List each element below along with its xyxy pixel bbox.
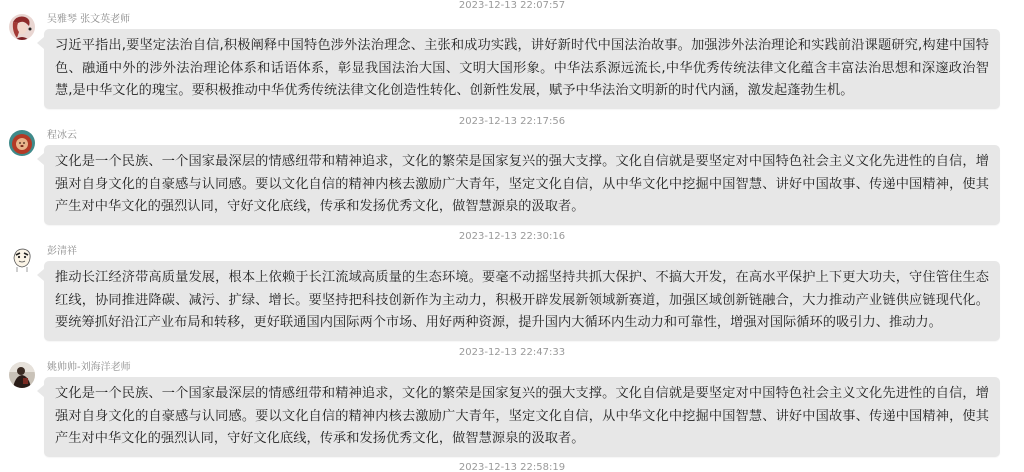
message-timestamp: 2023-12-13 22:30:16 <box>0 231 1024 243</box>
sender-name: 吴雅琴 张文英老师 <box>47 14 130 26</box>
lion-avatar-icon[interactable] <box>9 130 35 156</box>
message-timestamp: 2023-12-13 22:17:56 <box>0 116 1024 128</box>
message-timestamp: 2023-12-13 22:07:57 <box>0 0 1024 12</box>
woman-portrait-avatar-icon[interactable] <box>9 14 35 40</box>
sender-name: 彭清祥 <box>47 246 77 258</box>
chat-message-list[interactable]: 2023-12-13 22:07:57 吴雅琴 张文英老师 习近平指出,要坚定法… <box>0 0 1024 472</box>
sender-name: 程冰云 <box>47 130 77 142</box>
message-bubble[interactable]: 推动长江经济带高质量发展，根本上依赖于长江流域高质量的生态环境。要毫不动摇坚持共… <box>44 261 1000 341</box>
message-bubble[interactable]: 习近平指出,要坚定法治自信,积极阐释中国特色涉外法治理念、主张和成功实践，讲好新… <box>44 29 1000 109</box>
message-timestamp: 2023-12-13 22:58:19 <box>0 462 1024 472</box>
message-bubble[interactable]: 文化是一个民族、一个国家最深层的情感纽带和精神追求，文化的繁荣是国家复兴的强大支… <box>44 377 1000 457</box>
sender-name: 姚帅帅-刘海洋老师 <box>47 362 131 374</box>
cartoon-boy-avatar-icon[interactable] <box>9 246 35 272</box>
person-photo-avatar-icon[interactable] <box>9 362 35 388</box>
message-bubble[interactable]: 文化是一个民族、一个国家最深层的情感纽带和精神追求，文化的繁荣是国家复兴的强大支… <box>44 145 1000 225</box>
message-timestamp: 2023-12-13 22:47:33 <box>0 347 1024 359</box>
